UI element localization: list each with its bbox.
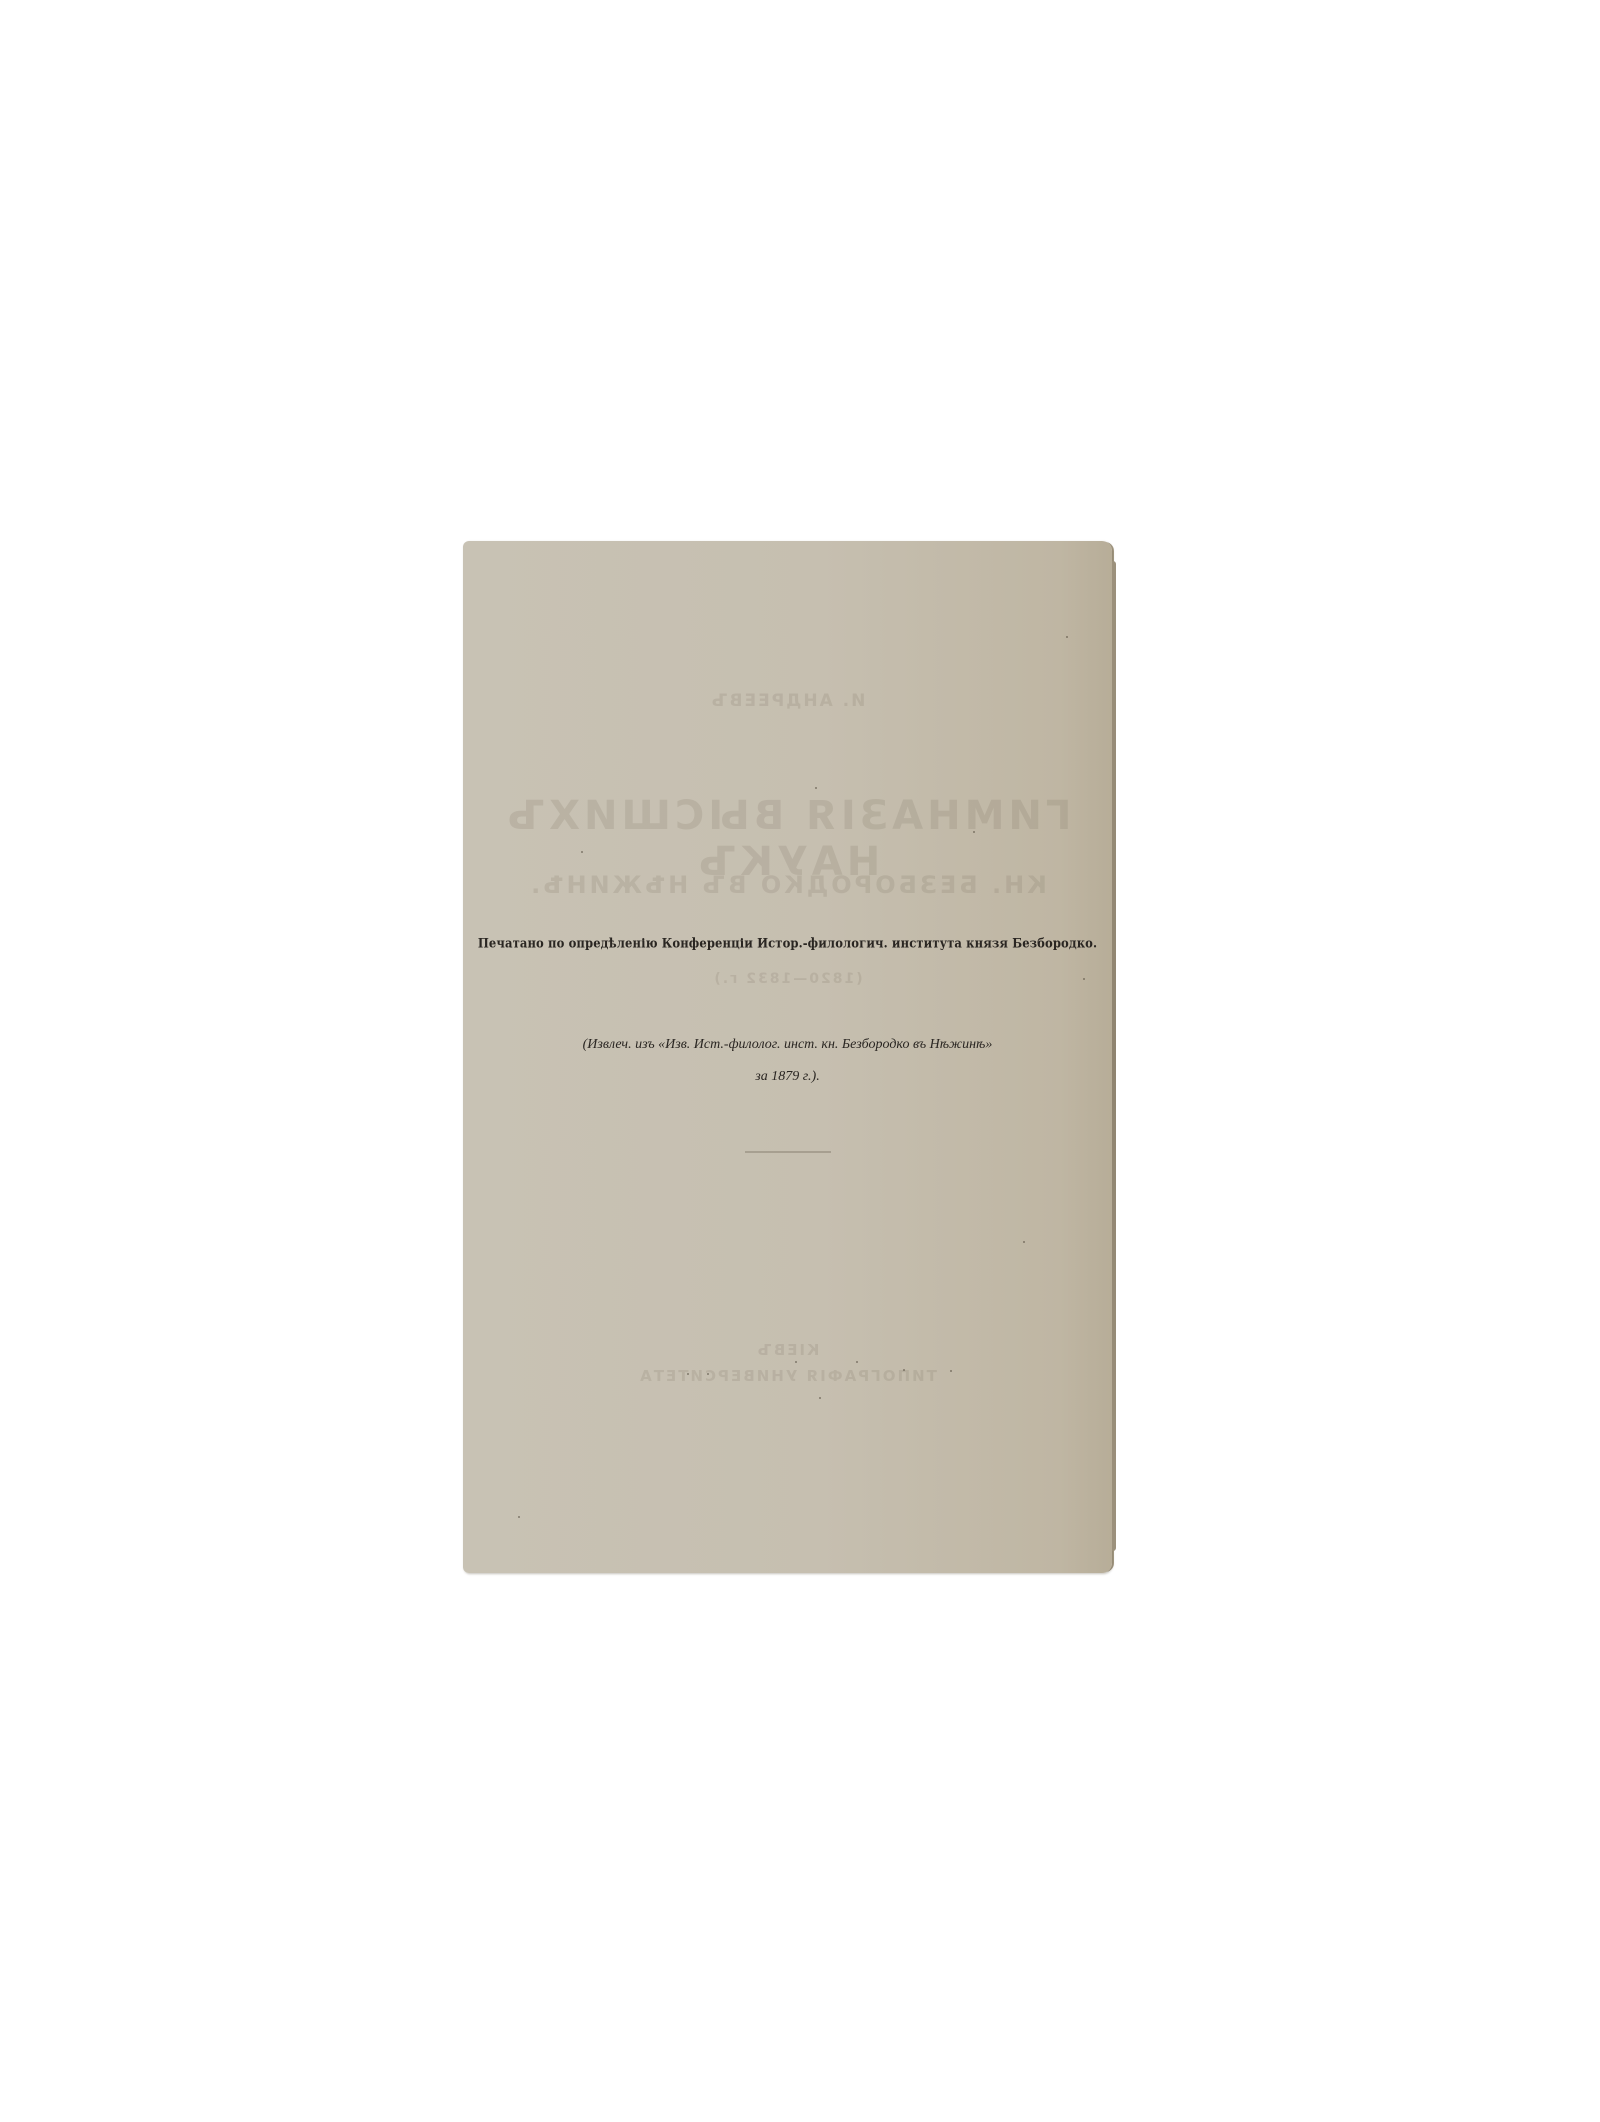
extract-note-line-1: (Извлеч. изъ «Изв. Ист.-филолог. инст. к… xyxy=(463,1037,1112,1053)
paper-speck xyxy=(819,1397,821,1399)
bleed-through-author: И. АНДРЕЕВЪ xyxy=(463,691,1112,711)
paper-speck xyxy=(687,1373,689,1375)
document-page: И. АНДРЕЕВЪ ГИМНАЗІЯ ВЫСШИХЪ НАУКЪ КН. Б… xyxy=(463,541,1112,1573)
paper-speck xyxy=(815,787,817,789)
paper-speck xyxy=(1083,978,1085,980)
paper-speck xyxy=(950,1370,952,1372)
paper-speck xyxy=(581,851,583,853)
page-edge-shadow xyxy=(1112,561,1116,1551)
bleed-through-press: ТИПОГРАФІЯ УНИВЕРСИТЕТА xyxy=(463,1367,1112,1385)
paper-speck xyxy=(1066,636,1068,638)
bleed-through-subtitle: КН. БЕЗБОРОДКО ВЪ НѢЖИНѢ. xyxy=(463,871,1112,899)
paper-speck xyxy=(707,1373,709,1375)
paper-speck xyxy=(856,1361,858,1363)
bleed-through-year: (1820—1832 г.) xyxy=(463,971,1112,987)
paper-speck xyxy=(518,1516,520,1518)
paper-speck xyxy=(795,1361,797,1363)
bleed-through-rule xyxy=(745,1151,831,1153)
imprint-line: Печатано по опредѣленію Конференціи Исто… xyxy=(463,935,1112,951)
paper-speck xyxy=(973,831,975,833)
bleed-through-city: КІЕВЪ xyxy=(463,1341,1112,1359)
paper-speck xyxy=(903,1369,905,1371)
paper-speck xyxy=(1023,1241,1025,1243)
extract-note-line-2: за 1879 г.). xyxy=(463,1069,1112,1085)
